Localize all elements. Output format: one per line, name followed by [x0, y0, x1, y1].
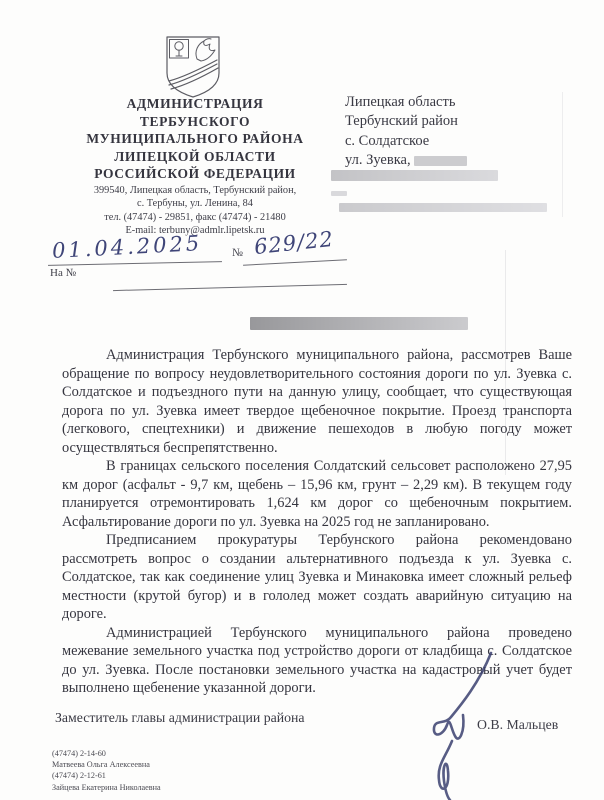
- org-line: АДМИНИСТРАЦИЯ: [38, 95, 352, 113]
- redaction-bar: [250, 317, 468, 330]
- scan-artifact-line: [562, 92, 563, 217]
- recipient-district: Тербунский район: [345, 112, 458, 131]
- coat-of-arms-icon: [164, 35, 222, 99]
- body-paragraph: Предписанием прокуратуры Тербунского рай…: [62, 531, 572, 624]
- redaction-bar: [331, 191, 347, 196]
- date-underline: [48, 261, 222, 266]
- reply-to-label: На №: [50, 267, 76, 279]
- org-line: МУНИЦИПАЛЬНОГО РАЙОНА: [38, 130, 352, 148]
- number-sign: №: [232, 247, 243, 259]
- signer-name: О.В. Мальцев: [477, 717, 558, 733]
- executor-contacts: (47474) 2-14-60 Матвеева Ольга Алексеевн…: [52, 748, 161, 793]
- recipient-settlement: с. Солдатское: [345, 132, 458, 151]
- contact-phone: (47474) 2-14-60: [52, 748, 161, 759]
- org-line: ЛИПЕЦКОЙ ОБЛАСТИ: [38, 148, 352, 166]
- redaction-bar: [414, 156, 467, 166]
- body-paragraph: Администрация Тербунского муниципального…: [62, 346, 572, 457]
- redaction-bar: [339, 203, 547, 212]
- reply-to-underline: [113, 284, 347, 291]
- body-paragraph: В границах сельского поселения Солдатски…: [62, 457, 572, 531]
- contact-name: Зайцева Екатерина Николаевна: [52, 782, 161, 793]
- address-line: с. Тербуны, ул. Ленина, 84: [30, 197, 360, 210]
- number-underline: [243, 259, 347, 265]
- recipient-region: Липецкая область: [345, 93, 458, 112]
- redaction-bar: [331, 170, 498, 181]
- contact-phone: (47474) 2-12-61: [52, 770, 161, 781]
- org-line: РОССИЙСКОЙ ФЕДЕРАЦИИ: [38, 165, 352, 183]
- scanned-letter-page: АДМИНИСТРАЦИЯ ТЕРБУНСКОГО МУНИЦИПАЛЬНОГО…: [0, 0, 604, 800]
- organization-name: АДМИНИСТРАЦИЯ ТЕРБУНСКОГО МУНИЦИПАЛЬНОГО…: [38, 95, 352, 183]
- address-line: 399540, Липецкая область, Тербунский рай…: [30, 184, 360, 197]
- address-line: тел. (47474) - 29851, факс (47474) - 214…: [30, 211, 360, 224]
- handwritten-signature: [395, 615, 555, 800]
- signer-position-title: Заместитель главы администрации района: [55, 710, 305, 726]
- contact-name: Матвеева Ольга Алексеевна: [52, 759, 161, 770]
- org-line: ТЕРБУНСКОГО: [38, 113, 352, 131]
